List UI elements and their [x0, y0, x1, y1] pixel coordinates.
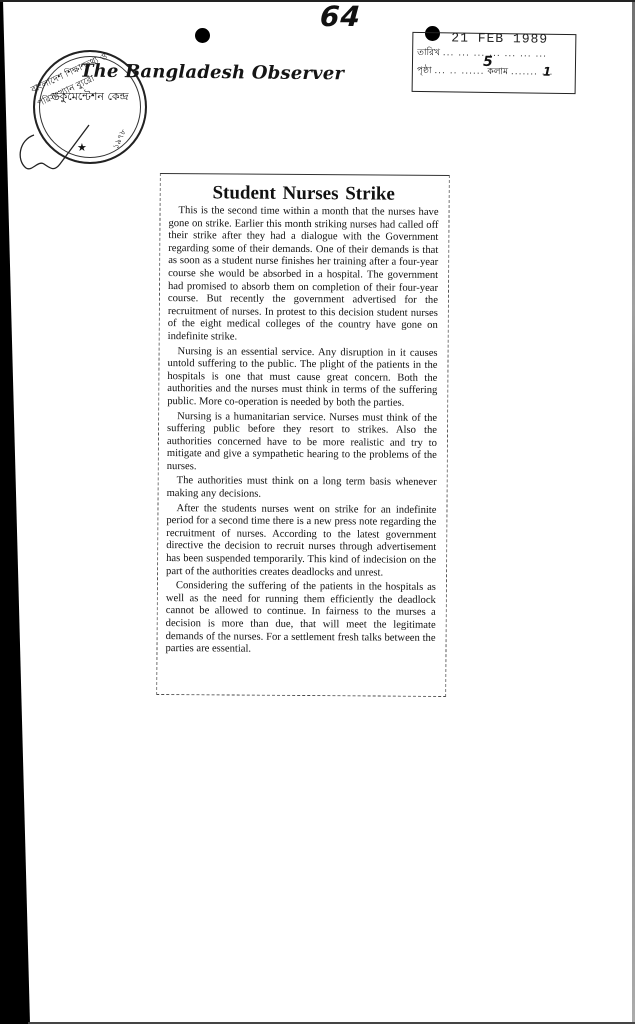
article-paragraph: Nursing is a humanitarian service. Nurse… — [167, 411, 437, 476]
stamp-date: 21 FEB 1989 — [451, 30, 548, 46]
stamp-date-label: তারিখ — [417, 48, 440, 58]
article-paragraph: Nursing is an essential service. Any dis… — [167, 346, 437, 411]
stamp-date-row: তারিখ ... ... ... ... ... ... ... — [417, 45, 571, 62]
article-headline: Student Nurses Strike — [169, 182, 439, 206]
handwritten-page-number: 64 — [319, 0, 362, 33]
newspaper-clipping: Student Nurses Strike This is the second… — [156, 173, 450, 697]
seal-year: ১৯৭৮ — [110, 127, 131, 151]
article-paragraph: The authorities must think on a long ter… — [167, 476, 437, 503]
stamp-page-value: 5 — [483, 54, 493, 70]
punch-hole-icon — [195, 28, 210, 43]
article-paragraph: After the students nurses went on strike… — [166, 503, 437, 580]
article-paragraph: This is the second time within a month t… — [168, 205, 439, 345]
stamp-dots: ... ... ... ... ... ... ... — [443, 48, 547, 59]
article-paragraph: Considering the suffering of the patient… — [165, 580, 436, 657]
seal-center-text: ডকুমেন্টেশন কেন্দ্র — [35, 90, 145, 104]
signature-mark-icon — [14, 120, 104, 180]
newspaper-masthead: The Bangladesh Observer — [80, 61, 344, 85]
stamp-column-value: 1 — [543, 65, 552, 79]
stamp-page-label: পৃষ্ঠা — [417, 66, 432, 76]
date-stamp: 21 FEB 1989 তারিখ ... ... ... ... ... ..… — [412, 32, 577, 94]
scan-edge-top — [0, 0, 635, 2]
